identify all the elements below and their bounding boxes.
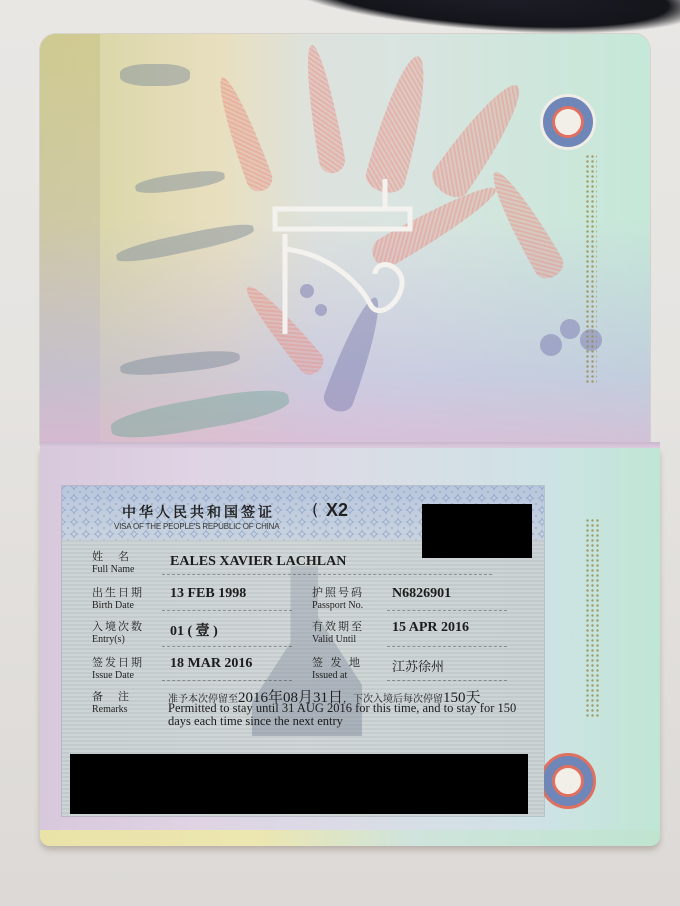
passport-no-label: 护照号码 Passport No. bbox=[312, 586, 364, 612]
birth-date-value: 13 FEB 1998 bbox=[170, 586, 246, 602]
watermark-sign-graphic bbox=[270, 174, 420, 344]
full-name-label: 姓 名 Full Name bbox=[92, 550, 135, 576]
full-name-value: EALES XAVIER LACHLAN bbox=[170, 554, 346, 570]
issue-date-value: 18 MAR 2016 bbox=[170, 656, 252, 672]
figure-graphic bbox=[120, 64, 190, 86]
leaf-graphic bbox=[299, 43, 347, 176]
remarks-en: Permitted to stay until 31 AUG 2016 for … bbox=[168, 702, 528, 728]
visa-type: X2 bbox=[326, 500, 348, 521]
perforation-number-graphic bbox=[585, 154, 597, 384]
berry-graphic bbox=[560, 319, 580, 339]
issued-at-label: 签 发 地 Issued at bbox=[312, 656, 362, 682]
visa-title-en: VISA OF THE PEOPLE'S REPUBLIC OF CHINA bbox=[114, 522, 279, 531]
valid-until-label: 有效期至 Valid Until bbox=[312, 620, 364, 646]
visa-type-paren: ( bbox=[312, 500, 318, 519]
passport: 中华人民共和国签证 VISA OF THE PEOPLE'S REPUBLIC … bbox=[40, 34, 660, 846]
passport-upper-page bbox=[40, 34, 650, 444]
valid-until-value: 15 APR 2016 bbox=[392, 620, 469, 636]
passport-lower-page: 中华人民共和国签证 VISA OF THE PEOPLE'S REPUBLIC … bbox=[40, 448, 660, 846]
remarks-label: 备 注 Remarks bbox=[92, 690, 131, 716]
emblem-icon bbox=[540, 94, 596, 150]
emblem-icon bbox=[540, 753, 596, 809]
visa-sticker: 中华人民共和国签证 VISA OF THE PEOPLE'S REPUBLIC … bbox=[62, 486, 544, 816]
perforation-number-graphic bbox=[585, 518, 599, 718]
berry-graphic bbox=[540, 334, 562, 356]
entries-label: 入境次数 Entry(s) bbox=[92, 620, 144, 646]
issued-at-value: 江苏徐州 bbox=[392, 656, 444, 675]
figure-graphic bbox=[134, 168, 225, 196]
visa-title-cn: 中华人民共和国签证 bbox=[122, 502, 275, 522]
entries-value: 01 ( 壹 ) bbox=[170, 620, 218, 640]
passport-no-value: N6826901 bbox=[392, 586, 451, 602]
redaction-box bbox=[70, 754, 528, 814]
issue-date-label: 签发日期 Issue Date bbox=[92, 656, 144, 682]
redaction-box bbox=[422, 504, 532, 558]
leaf-graphic bbox=[426, 74, 533, 203]
birth-date-label: 出生日期 Birth Date bbox=[92, 586, 144, 612]
